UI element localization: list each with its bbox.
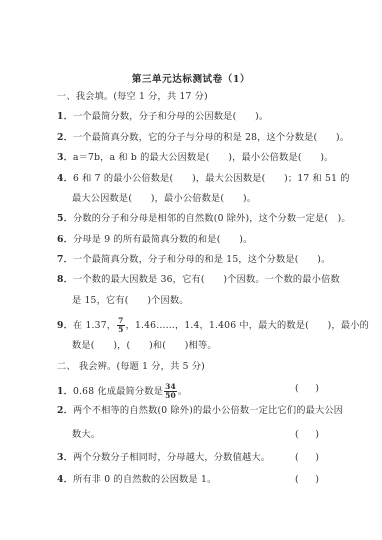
fraction: 3450: [164, 383, 177, 400]
question-number: 7．: [57, 254, 73, 265]
answer-blank-2[interactable]: (): [295, 429, 319, 441]
question-text: 一个最简分数，分子和分母的公因数是( )。: [73, 111, 268, 122]
section-1-heading: 一、我会填。(每空 1 分，共 17 分): [57, 91, 208, 103]
fill-question-6: 6．分母是 9 的所有最简真分数的和是( )。: [57, 234, 252, 246]
question-text-after: ，1.46……，1.4，1.406 中，最大的数是( )，最小的: [126, 320, 369, 331]
fill-question-8-continued: 是 15，它有( )个因数。: [72, 295, 189, 307]
question-number: 1．: [57, 111, 73, 122]
question-number: 9．: [57, 320, 73, 331]
question-number: 2．: [57, 405, 73, 416]
fill-question-3: 3．a＝7b，a 和 b 的最大公因数是( )，最小公倍数是( )。: [57, 152, 334, 164]
question-number: 3．: [57, 152, 73, 163]
question-text-before: 在 1.37，: [73, 320, 116, 331]
question-number: 4．: [57, 474, 73, 485]
open-paren: (: [295, 474, 299, 486]
question-text: 6 和 7 的最小公倍数是( )，最大公因数是( )；17 和 51 的: [73, 173, 350, 184]
question-text-before: 0.68 化成最简分数是: [73, 386, 163, 397]
open-paren: (: [295, 452, 299, 464]
open-paren: (: [295, 383, 299, 395]
question-number: 2．: [57, 132, 73, 143]
fraction-denominator: 50: [165, 392, 176, 400]
judge-question-1: 1．0.68 化成最简分数是3450。: [57, 383, 187, 400]
fill-question-8: 8．一个数的最大因数是 36，它有( )个因数。一个数的最小倍数: [57, 274, 340, 286]
page-title: 第三单元达标测试卷（1）: [0, 71, 382, 85]
question-number: 4．: [57, 173, 73, 184]
judge-question-2: 2．两个不相等的自然数(0 除外)的最小公倍数一定比它们的最大公因: [57, 405, 343, 417]
close-paren: ): [315, 474, 319, 486]
open-paren: (: [295, 429, 299, 441]
question-number: 6．: [57, 234, 73, 245]
question-number: 3．: [57, 452, 73, 463]
judge-question-2-continued: 数大。: [72, 429, 100, 441]
question-text: 两个不相等的自然数(0 除外)的最小公倍数一定比它们的最大公因: [73, 405, 343, 416]
fraction-denominator: 5: [118, 326, 123, 334]
question-text: 一个最简真分数，分子和分母的和是 15，这个分数是( )。: [73, 254, 330, 265]
question-number: 8．: [57, 274, 73, 285]
fill-question-1: 1．一个最简分数，分子和分母的公因数是( )。: [57, 111, 268, 123]
question-number: 1．: [57, 386, 73, 397]
answer-blank-1[interactable]: (): [295, 383, 319, 395]
fill-question-2: 2．一个最简真分数，它的分子与分母的积是 28，这个分数是( )。: [57, 132, 349, 144]
fill-question-9-continued: 数是( )，( )和( )相等。: [72, 340, 217, 352]
close-paren: ): [315, 429, 319, 441]
question-text: 一个最简真分数，它的分子与分母的积是 28，这个分数是( )。: [73, 132, 349, 143]
question-text: 一个数的最大因数是 36，它有( )个因数。一个数的最小倍数: [73, 274, 340, 285]
answer-blank-4[interactable]: (): [295, 474, 319, 486]
question-text: 所有非 0 的自然数的公因数是 1。: [73, 474, 217, 485]
fill-question-4-continued: 最大公因数是( )，最小公倍数是( )。: [72, 193, 256, 205]
fill-question-9: 9．在 1.37，75，1.46……，1.4，1.406 中，最大的数是( )，…: [57, 317, 369, 334]
question-number: 5．: [57, 213, 73, 224]
fill-question-4: 4．6 和 7 的最小公倍数是( )，最大公因数是( )；17 和 51 的: [57, 173, 350, 185]
judge-question-4: 4．所有非 0 的自然数的公因数是 1。: [57, 474, 216, 486]
answer-blank-3[interactable]: (): [295, 452, 319, 464]
section-2-heading: 二、 我会辨。(每题 1 分，共 5 分): [57, 361, 205, 373]
question-text: 两个分数分子相同时，分母越大，分数值越大。: [73, 452, 270, 463]
fraction: 75: [117, 317, 124, 334]
question-text: 分母是 9 的所有最简真分数的和是( )。: [73, 234, 252, 245]
close-paren: ): [315, 452, 319, 464]
close-paren: ): [315, 383, 319, 395]
question-text-after: 。: [178, 386, 187, 397]
fill-question-7: 7．一个最简真分数，分子和分母的和是 15，这个分数是( )。: [57, 254, 330, 266]
fill-question-5: 5．分数的分子和分母是相邻的自然数(0 除外)，这个分数一定是( )。: [57, 213, 351, 225]
question-text: 分数的分子和分母是相邻的自然数(0 除外)，这个分数一定是( )。: [73, 213, 351, 224]
question-text: a＝7b，a 和 b 的最大公因数是( )，最小公倍数是( )。: [73, 152, 334, 163]
judge-question-3: 3．两个分数分子相同时，分母越大，分数值越大。: [57, 452, 270, 464]
